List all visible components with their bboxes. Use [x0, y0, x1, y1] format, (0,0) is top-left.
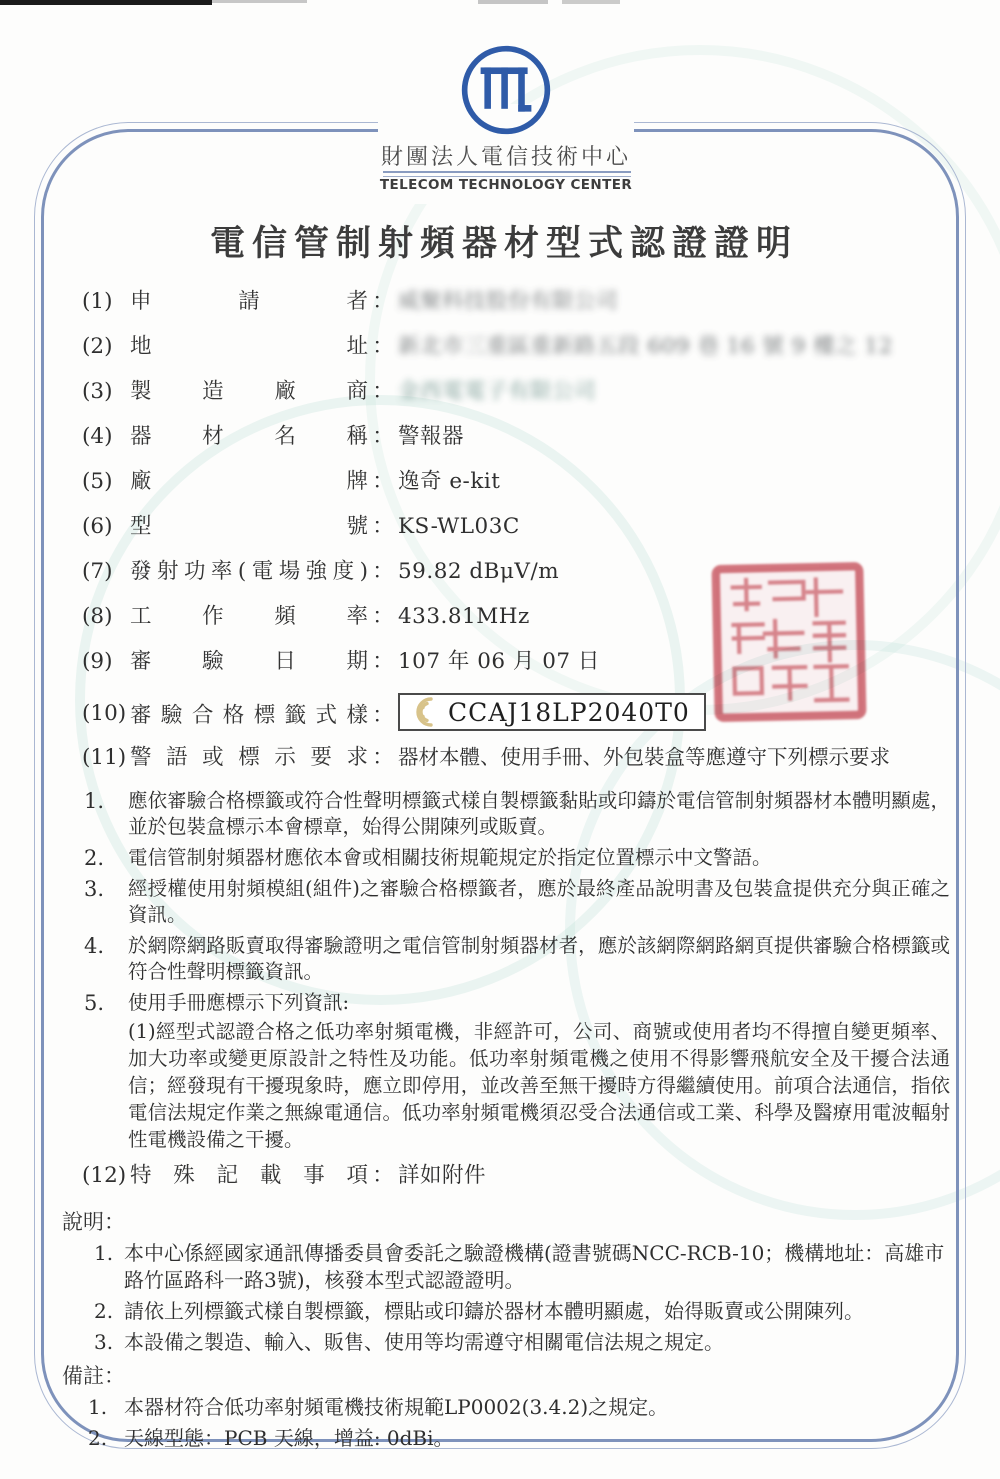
requirement-number: 3.: [58, 876, 128, 928]
field-label: 型 號: [130, 509, 368, 540]
certificate-body: 電信管制射頻器材型式認證證明 (1) 申 請 者 ： 威聚科技股份有限公司 (2…: [58, 216, 950, 1456]
field-number: (6): [58, 514, 130, 539]
colon: ：: [368, 1158, 398, 1189]
explanation-heading: 說明：: [62, 1208, 950, 1236]
certificate-page: 財團法人電信技術中心 TELECOM TECHNOLOGY CENTER: [0, 0, 1000, 1479]
scan-artifact: [0, 0, 212, 5]
scan-artifact: [562, 0, 620, 4]
explanation-item: 1. 本中心係經國家通訊傳播委員會委託之驗證機構(證書號碼NCC-RCB-10；…: [58, 1240, 950, 1294]
field-number: (5): [58, 469, 130, 494]
colon: ：: [368, 599, 398, 630]
remark-item: 2. 天線型態：PCB 天線，增益: 0dBi。: [58, 1425, 950, 1452]
field-label: 廠 牌: [130, 464, 368, 495]
field-label: 警 語 或 標 示 要 求: [130, 740, 368, 771]
colon: ：: [368, 374, 398, 405]
colon: ：: [368, 284, 398, 315]
colon: ：: [368, 554, 398, 585]
field-row-address: (2) 地 址 ： 新北市三重區重新路五段 609 巷 16 號 9 樓之 12: [58, 329, 950, 374]
frequency-value: 433.81MHz: [398, 604, 950, 629]
field-label: 發射功率(電場強度): [130, 554, 368, 585]
special-notes-value: 詳如附件: [398, 1158, 950, 1189]
explanation-text: 本設備之製造、輸入、販售、使用等均需遵守相關電信法規之規定。: [124, 1329, 950, 1356]
requirement-text: 經授權使用射頻模組(組件)之審驗合格標籤者，應於最終產品說明書及包裝盒提供充分與…: [128, 876, 950, 928]
field-row-manufacturer: (3) 製 造 廠 商 ： 金西電電子有限公司: [58, 374, 950, 419]
requirement-item: 3. 經授權使用射頻模組(組件)之審驗合格標籤者，應於最終產品說明書及包裝盒提供…: [58, 876, 950, 928]
explanation-item: 2. 請依上列標籤式樣自製標籤，標貼或印鑄於器材本體明顯處，始得販賣或公開陳列。: [58, 1298, 950, 1325]
field-label: 器 材 名 稱: [130, 419, 368, 450]
colon: ：: [368, 740, 398, 771]
explanation-number: 2.: [58, 1298, 124, 1325]
remark-number: 1.: [58, 1394, 124, 1421]
scan-artifact: [212, 0, 307, 3]
requirement-item: 5. 使用手冊應標示下列資訊: (1)經型式認證合格之低功率射頻電機，非經許可，…: [58, 990, 950, 1153]
field-label: 審驗合格標籤式樣: [130, 698, 368, 729]
approval-label-code: CCAJ18LP2040T0: [448, 698, 690, 727]
field-number: (11): [58, 745, 130, 770]
requirement-item: 4. 於網際網路販賣取得審驗證明之電信管制射頻器材者，應於該網際網路網頁提供審驗…: [58, 933, 950, 985]
requirement-number: 2.: [58, 845, 128, 871]
approval-label-box: CCAJ18LP2040T0: [398, 693, 706, 731]
tx-power-value: 59.82 dBμV/m: [398, 559, 950, 584]
organization-name-en: TELECOM TECHNOLOGY CENTER: [370, 177, 642, 193]
field-row-applicant: (1) 申 請 者 ： 威聚科技股份有限公司: [58, 284, 950, 329]
remark-text: 本器材符合低功率射頻電機技術規範LP0002(3.4.2)之規定。: [124, 1394, 950, 1421]
address-value: 新北市三重區重新路五段 609 巷 16 號 9 樓之 12: [398, 329, 950, 360]
field-label: 工 作 頻 率: [130, 599, 368, 630]
field-number: (4): [58, 424, 130, 449]
requirement-number: 4.: [58, 933, 128, 985]
organization-name-zh: 財團法人電信技術中心: [376, 140, 636, 171]
requirement-text: 電信管制射頻器材應依本會或相關技術規範規定於指定位置標示中文警語。: [128, 845, 950, 871]
requirement-number: 1.: [58, 788, 128, 840]
requirement-subtext: (1)經型式認證合格之低功率射頻電機，非經許可，公司、商號或使用者均不得擅自變更…: [128, 1018, 950, 1153]
field-label: 特 殊 記 載 事 項: [130, 1158, 368, 1189]
colon: ：: [368, 698, 398, 729]
ttc-logo-icon: [459, 43, 553, 137]
equipment-name-value: 警報器: [398, 419, 950, 450]
field-row-equipment-name: (4) 器 材 名 稱 ： 警報器: [58, 419, 950, 464]
remark-number: 2.: [58, 1425, 124, 1452]
explanation-number: 1.: [58, 1240, 124, 1294]
field-number: (10): [58, 701, 130, 726]
requirement-text: 應依審驗合格標籤或符合性聲明標籤式樣自製標籤黏貼或印鑄於電信管制射頻器材本體明顯…: [128, 788, 950, 840]
rf-wave-icon: [407, 697, 439, 727]
requirement-heading: 使用手冊應標示下列資訊:: [128, 991, 349, 1014]
field-number: (2): [58, 334, 130, 359]
field-label: 製 造 廠 商: [130, 374, 368, 405]
field-number: (12): [58, 1163, 130, 1188]
colon: ：: [368, 464, 398, 495]
remark-text: 天線型態：PCB 天線，增益: 0dBi。: [124, 1425, 950, 1452]
certification-seal: [709, 558, 868, 725]
field-number: (8): [58, 604, 130, 629]
field-number: (9): [58, 649, 130, 674]
field-number: (7): [58, 559, 130, 584]
requirement-item: 2. 電信管制射頻器材應依本會或相關技術規範規定於指定位置標示中文警語。: [58, 845, 950, 871]
remarks-heading: 備註：: [62, 1362, 950, 1390]
field-row-brand: (5) 廠 牌 ： 逸奇 e-kit: [58, 464, 950, 509]
field-row-warning-requirements: (11) 警 語 或 標 示 要 求 ： 器材本體、使用手冊、外包裝盒等應遵守下…: [58, 740, 950, 785]
scan-artifact: [478, 0, 548, 4]
certificate-title: 電信管制射頻器材型式認證證明: [58, 216, 950, 266]
field-label: 地 址: [130, 329, 368, 360]
requirement-item: 1. 應依審驗合格標籤或符合性聲明標籤式樣自製標籤黏貼或印鑄於電信管制射頻器材本…: [58, 788, 950, 840]
explanation-text: 請依上列標籤式樣自製標籤，標貼或印鑄於器材本體明顯處，始得販賣或公開陳列。: [124, 1298, 950, 1325]
requirement-text: 使用手冊應標示下列資訊: (1)經型式認證合格之低功率射頻電機，非經許可，公司、…: [128, 990, 950, 1153]
colon: ：: [368, 419, 398, 450]
remark-item: 1. 本器材符合低功率射頻電機技術規範LP0002(3.4.2)之規定。: [58, 1394, 950, 1421]
field-row-special-notes: (12) 特 殊 記 載 事 項 ： 詳如附件: [58, 1158, 950, 1202]
labeling-requirements-list: 1. 應依審驗合格標籤或符合性聲明標籤式樣自製標籤黏貼或印鑄於電信管制射頻器材本…: [58, 788, 950, 1153]
colon: ：: [368, 644, 398, 675]
field-label: 審 驗 日 期: [130, 644, 368, 675]
colon: ：: [368, 509, 398, 540]
manufacturer-value: 金西電電子有限公司: [398, 374, 950, 405]
field-label: 申 請 者: [130, 284, 368, 315]
colon: ：: [368, 329, 398, 360]
field-number: (1): [58, 289, 130, 314]
explanation-text: 本中心係經國家通訊傳播委員會委託之驗證機構(證書號碼NCC-RCB-10；機構地…: [124, 1240, 950, 1294]
explanation-item: 3. 本設備之製造、輸入、販售、使用等均需遵守相關電信法規之規定。: [58, 1329, 950, 1356]
model-value: KS-WL03C: [398, 514, 950, 539]
field-number: (3): [58, 379, 130, 404]
explanation-number: 3.: [58, 1329, 124, 1356]
requirement-text: 於網際網路販賣取得審驗證明之電信管制射頻器材者，應於該網際網路網頁提供審驗合格標…: [128, 933, 950, 985]
warning-requirements-value: 器材本體、使用手冊、外包裝盒等應遵守下列標示要求: [398, 740, 950, 770]
applicant-value: 威聚科技股份有限公司: [398, 284, 950, 315]
brand-value: 逸奇 e-kit: [398, 464, 950, 495]
requirement-number: 5.: [58, 990, 128, 1153]
field-row-model: (6) 型 號 ： KS-WL03C: [58, 509, 950, 554]
